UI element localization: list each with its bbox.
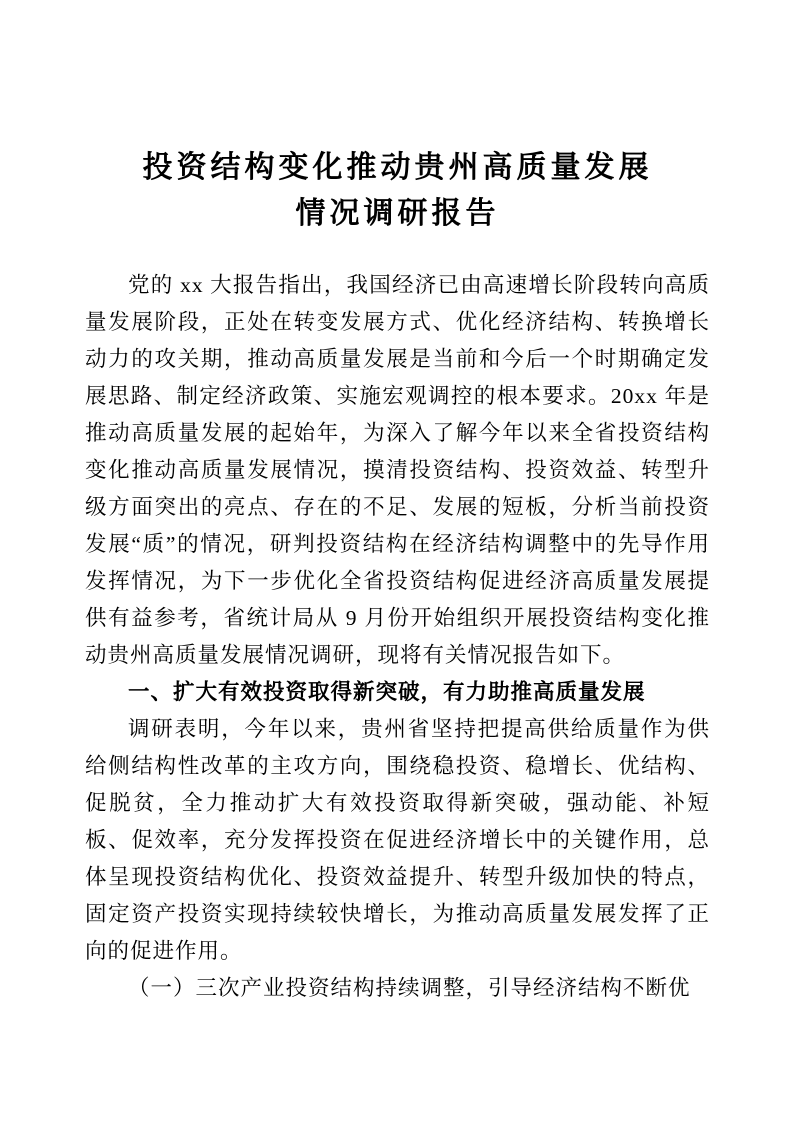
document-body: 党的 xx 大报告指出，我国经济已由高速增长阶段转向高质量发展阶段，正处在转变发…: [85, 267, 710, 1007]
document-title-line1: 投资结构变化推动贵州高质量发展: [85, 145, 710, 191]
document-page: 投资结构变化推动贵州高质量发展 情况调研报告 党的 xx 大报告指出，我国经济已…: [0, 0, 793, 1122]
document-title-line2: 情况调研报告: [85, 191, 710, 237]
body-paragraph: 党的 xx 大报告指出，我国经济已由高速增长阶段转向高质量发展阶段，正处在转变发…: [85, 267, 710, 674]
document-title: 投资结构变化推动贵州高质量发展 情况调研报告: [85, 145, 710, 237]
section-heading: 一、扩大有效投资取得新突破，有力助推高质量发展: [85, 674, 710, 711]
body-paragraph: 调研表明，今年以来，贵州省坚持把提高供给质量作为供给侧结构性改革的主攻方向，围绕…: [85, 711, 710, 970]
body-paragraph: （一）三次产业投资结构持续调整，引导经济结构不断优: [85, 970, 710, 1007]
